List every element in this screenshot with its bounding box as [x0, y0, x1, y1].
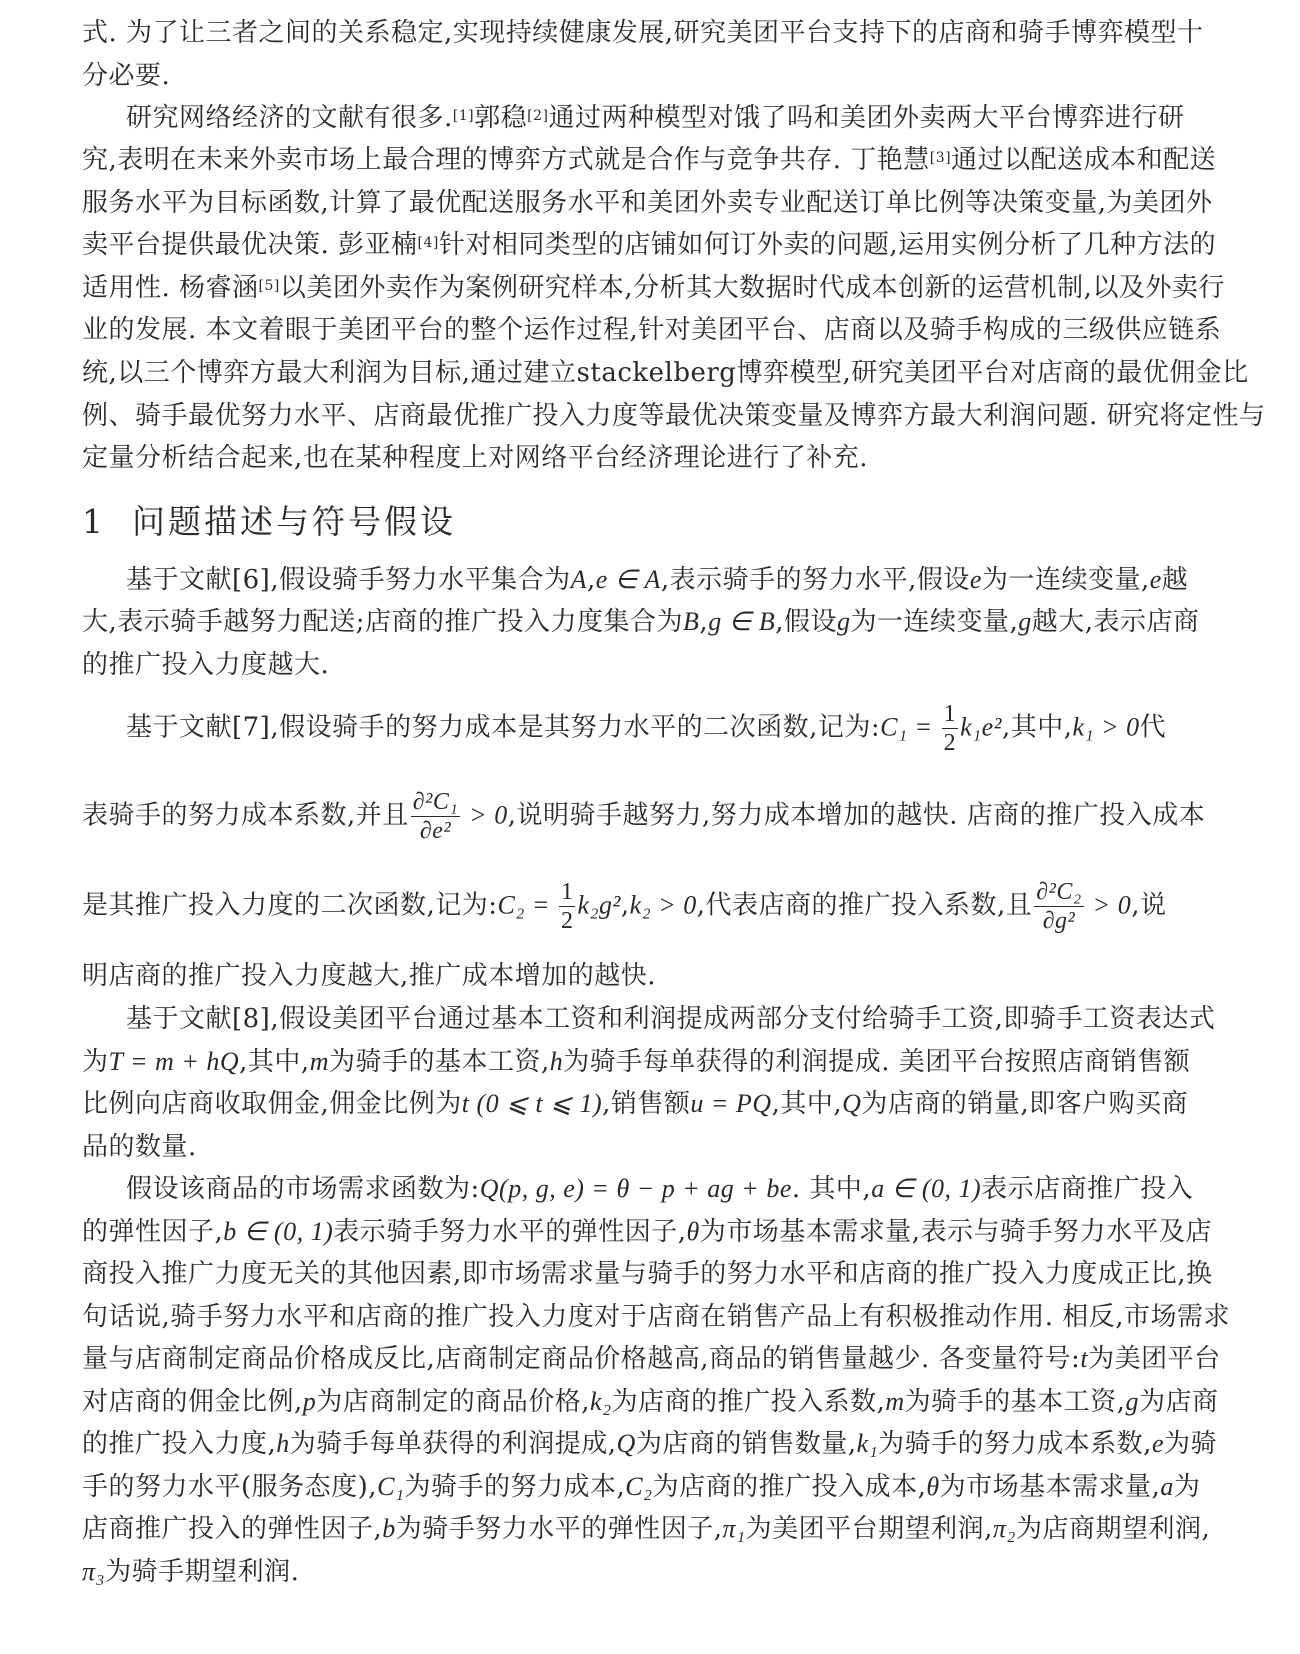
fraction-one-half: 12 — [559, 880, 576, 933]
text: ,假设 — [775, 607, 837, 637]
math-p: p — [303, 1387, 317, 1416]
text: ,其中, — [772, 1089, 843, 1119]
text: ,销售额 — [602, 1089, 690, 1119]
ref6-line-3: 的推广投入力度越大. — [82, 648, 1148, 682]
math-C1-eq: C₁ = — [880, 713, 939, 742]
text: 为骑手的努力成本系数, — [878, 1429, 1152, 1459]
denominator: ∂g² — [1041, 909, 1078, 933]
text: 为 — [82, 1047, 109, 1077]
demand-line-7: 的推广投入力度,h为骑手每单获得的利润提成,Q为店商的销售数量,k₁为骑手的努力… — [82, 1427, 1148, 1461]
ref7-line-2: 表骑手的努力成本系数,并且∂²C₁∂e² > 0,说明骑手越努力,努力成本增加的… — [82, 790, 1148, 843]
lit-review-line-9: 定量分析结合起来,也在某种程度上对网络平台经济理论进行了补充. — [82, 441, 1148, 475]
math-b-range: b ∈ (0, 1) — [223, 1217, 333, 1246]
text: ,说 — [1131, 891, 1166, 921]
text: , — [699, 607, 708, 637]
text: 为骑手期望利润. — [105, 1557, 299, 1587]
text: 越大,表示店商 — [1032, 607, 1200, 637]
math-m: m — [885, 1387, 904, 1416]
citation-ref-4[interactable]: [4] — [418, 235, 439, 251]
demand-line-3: 商投入推广力度无关的其他因素,即市场需求量与骑手的努力水平和店商的推广投入力度成… — [82, 1257, 1148, 1291]
math-pi2: π₂ — [993, 1514, 1016, 1543]
math-A: A — [571, 565, 587, 594]
text: 越 — [1162, 565, 1189, 595]
text: 表示店商推广投入 — [981, 1174, 1193, 1204]
math-demand-function: Q(p, g, e) = θ − p + ag + be — [480, 1174, 792, 1203]
text: , — [587, 565, 596, 595]
numerator: ∂²C₁ — [411, 790, 460, 814]
ref8-line-2: 为T = m + hQ,其中,m为骑手的基本工资,h为骑手每单获得的利润提成. … — [82, 1045, 1148, 1079]
math-a-range: a ∈ (0, 1) — [871, 1174, 981, 1203]
denominator: 2 — [559, 909, 576, 933]
text: 大,表示骑手越努力配送;店商的推广投入力度集合为 — [82, 607, 683, 637]
text: 手的努力水平(服务态度), — [82, 1472, 377, 1502]
text: 是其推广投入力度的二次函数,记为: — [82, 891, 498, 921]
math-h: h — [550, 1047, 564, 1076]
text: ,其中, — [239, 1047, 310, 1077]
ref7-line-1: 基于文献[7],假设骑手的努力成本是其努力水平的二次函数,记为:C₁ = 12k… — [126, 702, 1148, 755]
text: 基于文献[7],假设骑手的努力成本是其努力水平的二次函数,记为: — [126, 713, 880, 743]
math-theta: θ — [687, 1217, 700, 1246]
text: 为店商的销售数量, — [636, 1429, 857, 1459]
text: 郭稳 — [474, 103, 527, 133]
math-k1: k₁ — [857, 1429, 879, 1458]
text: 店商推广投入的弹性因子, — [82, 1514, 382, 1544]
ref6-line-2: 大,表示骑手越努力配送;店商的推广投入力度集合为B,g ∈ B,假设g为一连续变… — [82, 605, 1148, 639]
text: 假设该商品的市场需求函数为: — [126, 1174, 480, 1204]
math-k2g2: k₂g² — [577, 891, 620, 920]
ref8-line-4: 品的数量. — [82, 1130, 1148, 1164]
text: 为美团平台期望利润, — [746, 1514, 993, 1544]
lit-review-line-7: 统,以三个博弈方最大利润为目标,通过建立stackelberg博弈模型,研究美团… — [82, 356, 1148, 390]
math-g: g — [1018, 607, 1032, 636]
text: . 其中, — [792, 1174, 871, 1204]
text: 为一连续变量, — [850, 607, 1018, 637]
text: 为店商制定的商品价格, — [316, 1387, 590, 1417]
fraction-bar — [559, 906, 576, 907]
text: 为一连续变量, — [982, 565, 1150, 595]
fraction-one-half: 12 — [942, 702, 959, 755]
text: 的弹性因子, — [82, 1217, 223, 1247]
text: 表示骑手努力水平的弹性因子, — [333, 1217, 686, 1247]
denominator: 2 — [942, 731, 959, 755]
demand-line-5: 量与店商制定商品价格成反比,店商制定商品价格越高,商品的销售量越少. 各变量符号… — [82, 1342, 1148, 1376]
math-k2: k₂ — [590, 1387, 612, 1416]
text: 为骑手的基本工资, — [905, 1387, 1126, 1417]
section-number: 1 — [82, 500, 132, 544]
text: 代 — [1140, 713, 1167, 743]
math-u-eq: u = PQ — [690, 1089, 771, 1118]
text: 为市场基本需求量, — [940, 1472, 1161, 1502]
math-m: m — [310, 1047, 329, 1076]
math-h: h — [276, 1429, 290, 1458]
text: ,其中, — [1002, 713, 1073, 743]
math-e: e — [1152, 1429, 1164, 1458]
lit-review-line-4: 卖平台提供最优决策. 彭亚楠[4]针对相同类型的店铺如何订外卖的问题,运用实例分… — [82, 228, 1148, 262]
numerator: ∂²C₂ — [1034, 880, 1083, 904]
math-C2-eq: C₂ = — [498, 891, 557, 920]
demand-line-9: 店商推广投入的弹性因子,b为骑手努力水平的弹性因子,π₁为美团平台期望利润,π₂… — [82, 1512, 1148, 1546]
citation-ref-2[interactable]: [2] — [527, 108, 548, 124]
section-heading-1: 1问题描述与符号假设 — [82, 500, 456, 544]
fraction-bar — [411, 816, 460, 817]
ref8-line-1: 基于文献[8],假设美团平台通过基本工资和利润提成两部分支付给骑手工资,即骑手工… — [126, 1002, 1148, 1036]
math-e-in-A: e ∈ A — [596, 565, 661, 594]
math-gt-zero: > 0 — [1086, 891, 1132, 920]
citation-ref-1[interactable]: [1] — [453, 108, 474, 124]
numerator: 1 — [942, 702, 959, 726]
ref7-line-3: 是其推广投入力度的二次函数,记为:C₂ = 12k₂g²,k₂ > 0,代表店商… — [82, 880, 1148, 933]
math-a: a — [1160, 1472, 1174, 1501]
fraction-d2C2-dg2: ∂²C₂∂g² — [1034, 880, 1083, 933]
text: 表骑手的努力成本系数,并且 — [82, 801, 409, 831]
math-Q: Q — [617, 1429, 636, 1458]
lit-review-line-6: 业的发展. 本文着眼于美团平台的整个运作过程,针对美团平台、店商以及骑手构成的三… — [82, 313, 1148, 347]
text: 究,表明在未来外卖市场上最合理的博弈方式就是合作与竞争共存. 丁艳慧 — [82, 145, 930, 175]
math-t: t — [1080, 1344, 1088, 1373]
text: 卖平台提供最优决策. 彭亚楠 — [82, 230, 418, 260]
text: 为市场基本需求量,表示与骑手努力水平及店 — [700, 1217, 1212, 1247]
text: 为骑手每单获得的利润提成. 美团平台按照店商销售额 — [563, 1047, 1190, 1077]
math-k1-cond: k₁ > 0 — [1073, 713, 1140, 742]
intro-line-1: 式. 为了让三者之间的关系稳定,实现持续健康发展,研究美团平台支持下的店商和骑手… — [82, 16, 1148, 50]
demand-line-10: π₃为骑手期望利润. — [82, 1555, 1148, 1589]
math-Q: Q — [842, 1089, 861, 1118]
math-g: g — [837, 607, 851, 636]
math-pi3: π₃ — [82, 1557, 105, 1586]
demand-line-6: 对店商的佣金比例,p为店商制定的商品价格,k₂为店商的推广投入系数,m为骑手的基… — [82, 1385, 1148, 1419]
denominator: ∂e² — [418, 819, 453, 843]
text: 为骑手每单获得的利润提成, — [290, 1429, 617, 1459]
intro-line-2: 分必要. — [82, 59, 1148, 93]
text: 适用性. 杨睿涵 — [82, 273, 259, 303]
numerator: 1 — [559, 880, 576, 904]
math-gt-zero: > 0 — [462, 801, 508, 830]
math-pi1: π₁ — [723, 1514, 746, 1543]
math-B: B — [683, 607, 699, 636]
math-C1: C₁ — [377, 1472, 404, 1501]
paper-page: 式. 为了让三者之间的关系稳定,实现持续健康发展,研究美团平台支持下的店商和骑手… — [0, 0, 1300, 1654]
text: 为 — [1174, 1472, 1201, 1502]
text: 通过以配送成本和配送 — [951, 145, 1216, 175]
fraction-d2C1-de2: ∂²C₁∂e² — [411, 790, 460, 843]
text: 为骑手的基本工资, — [329, 1047, 550, 1077]
text: 为骑 — [1164, 1429, 1217, 1459]
text: 为美团平台 — [1088, 1344, 1221, 1374]
lit-review-line-3: 服务水平为目标函数,计算了最优配送服务水平和美团外卖专业配送订单比例等决策变量,… — [82, 186, 1148, 220]
lit-review-line-2: 究,表明在未来外卖市场上最合理的博弈方式就是合作与竞争共存. 丁艳慧[3]通过以… — [82, 143, 1148, 177]
lit-review-line-8: 例、骑手最优努力水平、店商最优推广投入力度等最优决策变量及博弈方最大利润问题. … — [82, 399, 1148, 433]
demand-line-2: 的弹性因子,b ∈ (0, 1)表示骑手努力水平的弹性因子,θ为市场基本需求量,… — [82, 1215, 1148, 1249]
math-t-range: t (0 ⩽ t ⩽ 1) — [462, 1089, 602, 1118]
text: 量与店商制定商品价格成反比,店商制定商品价格越高,商品的销售量越少. 各变量符号… — [82, 1344, 1080, 1374]
text: 为店商的推广投入成本, — [653, 1472, 927, 1502]
math-g: g — [1125, 1387, 1139, 1416]
text: 为店商 — [1139, 1387, 1219, 1417]
text: 以美团外卖作为案例研究样本,分析其大数据时代成本创新的运营机制,以及外卖行 — [280, 273, 1225, 303]
math-e: e — [1150, 565, 1162, 594]
text: 为店商的销量,即客户购买商 — [861, 1089, 1188, 1119]
text: ,说明骑手越努力,努力成本增加的越快. 店商的推广投入成本 — [508, 801, 1206, 831]
text: 为骑手努力水平的弹性因子, — [396, 1514, 723, 1544]
ref7-line-4: 明店商的推广投入力度越大,推广成本增加的越快. — [82, 959, 1148, 993]
demand-line-4: 句话说,骑手努力水平和店商的推广投入力度对于店商在销售产品上有积极推动作用. 相… — [82, 1300, 1148, 1334]
math-C2: C₂ — [625, 1472, 652, 1501]
lit-review-line-5: 适用性. 杨睿涵[5]以美团外卖作为案例研究样本,分析其大数据时代成本创新的运营… — [82, 271, 1148, 305]
demand-line-8: 手的努力水平(服务态度),C₁为骑手的努力成本,C₂为店商的推广投入成本,θ为市… — [82, 1470, 1148, 1504]
math-b: b — [382, 1514, 396, 1543]
ref8-line-3: 比例向店商收取佣金,佣金比例为t (0 ⩽ t ⩽ 1),销售额u = PQ,其… — [82, 1087, 1148, 1121]
math-g-in-B: g ∈ B — [708, 607, 775, 636]
math-T-eq: T = m + hQ — [109, 1047, 240, 1076]
citation-ref-3[interactable]: [3] — [930, 150, 951, 166]
text: 研究网络经济的文献有很多. — [126, 103, 453, 133]
math-theta: θ — [926, 1472, 939, 1501]
text: 的推广投入力度, — [82, 1429, 276, 1459]
section-title: 问题描述与符号假设 — [132, 502, 456, 541]
text: ,代表店商的推广投入系数,且 — [697, 891, 1033, 921]
text: 针对相同类型的店铺如何订外卖的问题,运用实例分析了几种方法的 — [439, 230, 1216, 260]
text: 比例向店商收取佣金,佣金比例为 — [82, 1089, 462, 1119]
text: 为骑手的努力成本, — [404, 1472, 625, 1502]
text: ,表示骑手的努力水平,假设 — [661, 565, 970, 595]
fraction-bar — [942, 728, 959, 729]
fraction-bar — [1034, 906, 1083, 907]
lit-review-line-1: 研究网络经济的文献有很多.[1]郭稳[2]通过两种模型对饿了吗和美团外卖两大平台… — [126, 101, 1148, 135]
text: 为店商的推广投入系数, — [612, 1387, 886, 1417]
math-k1e2: k₁e² — [960, 713, 1002, 742]
text: , — [621, 891, 630, 921]
text: 基于文献[6],假设骑手努力水平集合为 — [126, 565, 571, 595]
demand-line-1: 假设该商品的市场需求函数为:Q(p, g, e) = θ − p + ag + … — [126, 1172, 1148, 1206]
math-e: e — [970, 565, 982, 594]
citation-ref-5[interactable]: [5] — [259, 278, 280, 294]
math-k2-cond: k₂ > 0 — [630, 891, 697, 920]
text: 通过两种模型对饿了吗和美团外卖两大平台博弈进行研 — [548, 103, 1184, 133]
ref6-line-1: 基于文献[6],假设骑手努力水平集合为A,e ∈ A,表示骑手的努力水平,假设e… — [126, 563, 1148, 597]
text: 对店商的佣金比例, — [82, 1387, 303, 1417]
text: 为店商期望利润, — [1016, 1514, 1210, 1544]
